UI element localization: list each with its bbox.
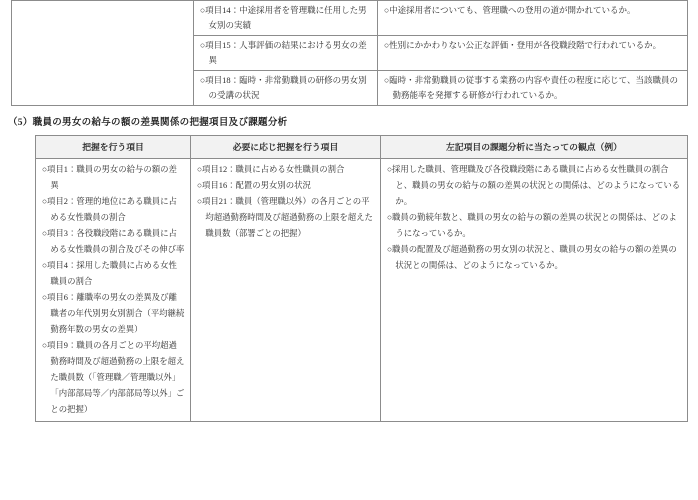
optional-items-list: ○項目12：職員に占める女性職員の割合 ○項目16：配置の男女別の状況 ○項目2…: [191, 159, 381, 421]
column-header-optional-items: 必要に応じ把握を行う項目: [191, 136, 381, 158]
capture-item-cell: ○項目14：中途採用者を管理職に任用した男女別の実績: [194, 1, 378, 35]
capture-item-text: ○項目18：臨時・非常勤職員の研修の男女別の受講の状況: [200, 73, 371, 103]
capture-item-text: ○項目14：中途採用者を管理職に任用した男女別の実績: [200, 3, 371, 33]
capture-item-text: ○項目15：人事評価の結果における男女の差異: [200, 38, 371, 68]
analysis-table: 把握を行う項目 必要に応じ把握を行う項目 左記項目の課題分析に当たっての観点（例…: [35, 135, 688, 422]
list-item: ○職員の配置及び超過勤務の男女別の状況と、職員の男女の給与の額の差異の状況との関…: [387, 242, 682, 274]
table-row: ○項目18：臨時・非常勤職員の研修の男女別の受講の状況 ○臨時・非常勤職員の従事…: [194, 70, 687, 105]
list-item: ○採用した職員、管理職及び各役職段階にある職員に占める女性職員の割合と、職員の男…: [387, 162, 682, 210]
viewpoint-cell: ○性別にかかわりない公正な評価・登用が各役職段階で行われているか。: [378, 36, 687, 70]
viewpoint-cell: ○中途採用者についても、管理職への登用の道が開かれているか。: [378, 1, 687, 35]
list-item: ○項目21：職員（管理職以外）の各月ごとの平均超過勤務時間及び超過勤務の上限を超…: [197, 194, 375, 242]
section-heading: （5）職員の男女の給与の額の差異関係の把握項目及び課題分析: [8, 114, 287, 128]
continuation-table: ○項目14：中途採用者を管理職に任用した男女別の実績 ○中途採用者についても、管…: [11, 0, 688, 106]
list-item: ○職員の勤続年数と、職員の男女の給与の額の差異の状況との関係は、どのようになって…: [387, 210, 682, 242]
capture-item-cell: ○項目15：人事評価の結果における男女の差異: [194, 36, 378, 70]
capture-item-cell: ○項目18：臨時・非常勤職員の研修の男女別の受講の状況: [194, 71, 378, 105]
viewpoint-cell: ○臨時・非常勤職員の従事する業務の内容や責任の程度に応じて、当該職員の勤務能率を…: [378, 71, 687, 105]
viewpoint-text: ○性別にかかわりない公正な評価・登用が各役職段階で行われているか。: [384, 38, 681, 53]
empty-spanner-cell: [12, 1, 194, 105]
analysis-viewpoints-list: ○採用した職員、管理職及び各役職段階にある職員に占める女性職員の割合と、職員の男…: [381, 159, 687, 421]
analysis-table-body-row: ○項目1：職員の男女の給与の額の差異 ○項目2：管理的地位にある職員に占める女性…: [36, 159, 687, 421]
list-item: ○項目4：採用した職員に占める女性職員の割合: [42, 258, 185, 290]
list-item: ○項目16：配置の男女別の状況: [197, 178, 375, 194]
capture-items-list: ○項目1：職員の男女の給与の額の差異 ○項目2：管理的地位にある職員に占める女性…: [36, 159, 191, 421]
list-item: ○項目2：管理的地位にある職員に占める女性職員の割合: [42, 194, 185, 226]
list-item: ○項目12：職員に占める女性職員の割合: [197, 162, 375, 178]
analysis-table-header-row: 把握を行う項目 必要に応じ把握を行う項目 左記項目の課題分析に当たっての観点（例…: [36, 136, 687, 159]
viewpoint-text: ○中途採用者についても、管理職への登用の道が開かれているか。: [384, 3, 681, 18]
continuation-table-rows: ○項目14：中途採用者を管理職に任用した男女別の実績 ○中途採用者についても、管…: [194, 1, 687, 105]
table-row: ○項目15：人事評価の結果における男女の差異 ○性別にかかわりない公正な評価・登…: [194, 35, 687, 70]
column-header-analysis-viewpoints: 左記項目の課題分析に当たっての観点（例）: [381, 136, 687, 158]
list-item: ○項目6：離職率の男女の差異及び離職者の年代別男女別割合（平均継続勤務年数の男女…: [42, 290, 185, 338]
column-header-capture-items: 把握を行う項目: [36, 136, 191, 158]
viewpoint-text: ○臨時・非常勤職員の従事する業務の内容や責任の程度に応じて、当該職員の勤務能率を…: [384, 73, 681, 103]
table-row: ○項目14：中途採用者を管理職に任用した男女別の実績 ○中途採用者についても、管…: [194, 1, 687, 35]
list-item: ○項目3：各役職段階にある職員に占める女性職員の割合及びその伸び率: [42, 226, 185, 258]
list-item: ○項目1：職員の男女の給与の額の差異: [42, 162, 185, 194]
list-item: ○項目9：職員の各月ごとの平均超過勤務時間及び超過勤務の上限を超えた職員数（「管…: [42, 338, 185, 418]
